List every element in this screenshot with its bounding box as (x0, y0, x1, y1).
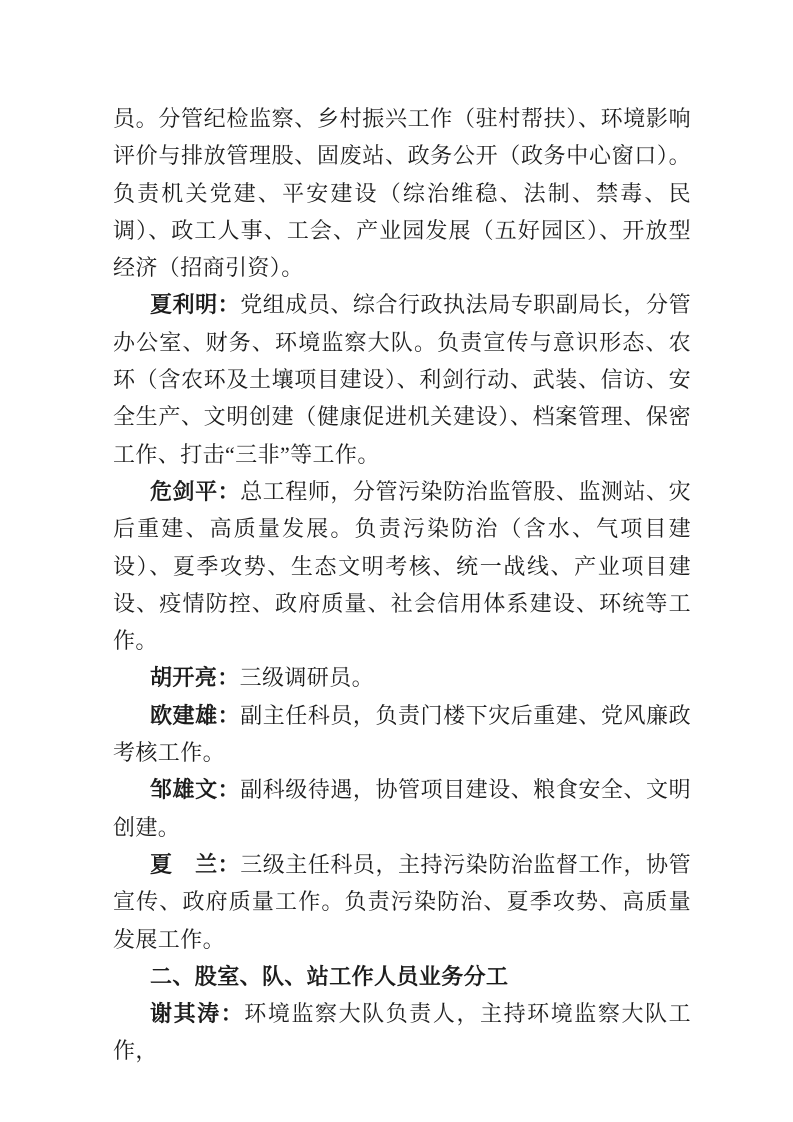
official-paragraph: 夏 兰：三级主任科员，主持污染防治监督工作，协管宣传、政府质量工作。负责污染防治… (113, 846, 691, 958)
official-paragraph: 欧建雄：副主任科员，负责门楼下灾后重建、党风廉政考核工作。 (113, 697, 691, 772)
official-paragraph: 胡开亮：三级调研员。 (113, 659, 691, 696)
official-paragraph: 邹雄文：副科级待遇，协管项目建设、粮食安全、文明创建。 (113, 771, 691, 846)
person-name: 胡开亮： (150, 665, 240, 690)
person-name: 谢其涛： (150, 1001, 244, 1026)
document-body: 员。分管纪检监察、乡村振兴工作（驻村帮扶）、环境影响评价与排放管理股、固废站、政… (113, 100, 691, 1070)
duty-text: 总工程师，分管污染防治监管股、监测站、灾后重建、高质量发展。负责污染防治（含水、… (113, 479, 691, 653)
official-paragraph: 危剑平：总工程师，分管污染防治监管股、监测站、灾后重建、高质量发展。负责污染防治… (113, 473, 691, 659)
staff-paragraph: 谢其涛：环境监察大队负责人，主持环境监察大队工作， (113, 995, 691, 1070)
duty-text: 三级调研员。 (240, 665, 374, 690)
person-name: 欧建雄： (150, 703, 240, 728)
person-name: 夏利明： (150, 292, 240, 317)
document-page: 员。分管纪检监察、乡村振兴工作（驻村帮扶）、环境影响评价与排放管理股、固废站、政… (0, 0, 793, 1122)
person-name: 危剑平： (150, 479, 240, 504)
duty-text: 党组成员、综合行政执法局专职副局长，分管办公室、财务、环境监察大队。负责宣传与意… (113, 292, 691, 466)
person-name: 夏 兰： (150, 852, 240, 877)
official-paragraph: 夏利明：党组成员、综合行政执法局专职副局长，分管办公室、财务、环境监察大队。负责… (113, 286, 691, 472)
continuation-paragraph: 员。分管纪检监察、乡村振兴工作（驻村帮扶）、环境影响评价与排放管理股、固废站、政… (113, 100, 691, 286)
person-name: 邹雄文： (150, 777, 240, 802)
section-heading: 二、股室、队、站工作人员业务分工 (113, 958, 691, 995)
paragraph-text: 员。分管纪检监察、乡村振兴工作（驻村帮扶）、环境影响评价与排放管理股、固废站、政… (113, 106, 691, 280)
